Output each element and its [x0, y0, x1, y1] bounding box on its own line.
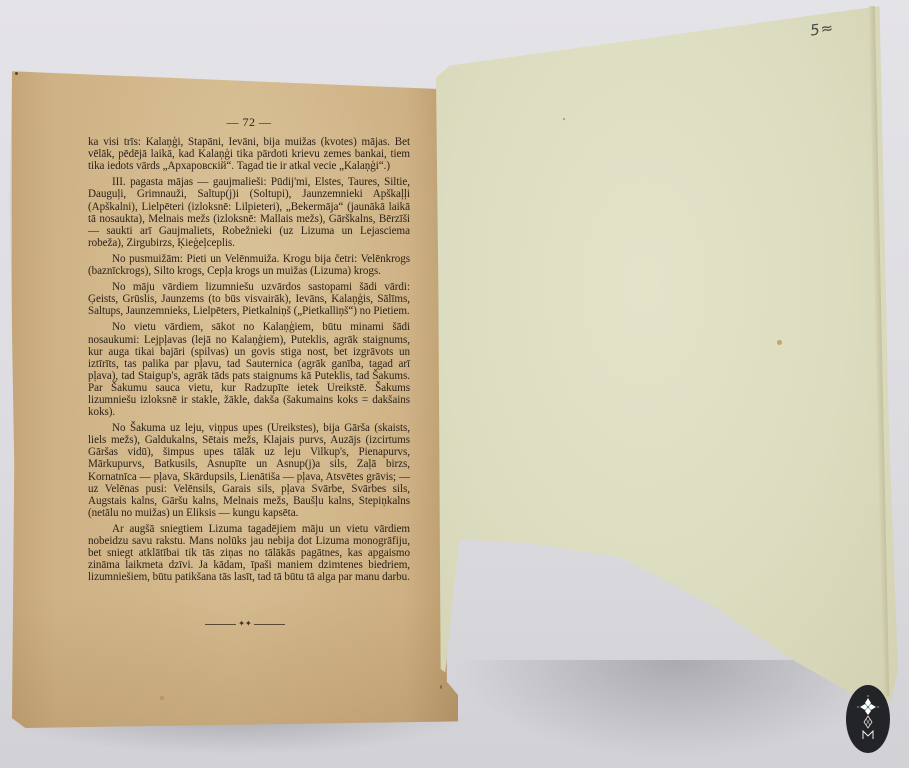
- page-number: — 72 —: [88, 116, 410, 128]
- watermark-badge: [846, 685, 890, 753]
- photo-scene: — 72 — ka visi trīs: Kalaņģi, Stapāni, I…: [0, 0, 909, 768]
- foxing-spot: [15, 72, 18, 75]
- end-ornament: ✦✦: [205, 621, 285, 627]
- foxing-spot: [440, 685, 442, 689]
- left-page-text: — 72 — ka visi trīs: Kalaņģi, Stapāni, I…: [88, 116, 410, 587]
- ornament-rule-right: [254, 624, 285, 625]
- ornament-rule-left: [205, 624, 236, 625]
- ornament-dots: ✦✦: [236, 621, 253, 627]
- foxing-spot: [563, 118, 565, 120]
- paragraph: Ar augšā sniegtiem Lizuma tagadējiem māj…: [88, 523, 410, 583]
- foxing-spot: [160, 696, 164, 700]
- paragraph: III. pagasta mājas — gaujmalieši: Pūdij'…: [88, 176, 410, 249]
- foxing-spot: [777, 340, 782, 345]
- handwritten-pencil-mark: 5≈: [809, 18, 835, 39]
- paragraph: No vietu vārdiem, sākot no Kalaņģiem, bū…: [88, 321, 410, 418]
- paragraph: No māju vārdiem lizumniešu uzvārdos sast…: [88, 281, 410, 317]
- paragraph: No Šakuma uz leju, viņpus upes (Ureikste…: [88, 422, 410, 519]
- paragraph: ka visi trīs: Kalaņģi, Stapāni, Ievāni, …: [88, 136, 410, 172]
- right-page-blank: [436, 4, 898, 704]
- folk-ornament-monogram-icon: [853, 694, 883, 744]
- paragraph: No pusmuižām: Pieti un Velēnmuiža. Krogu…: [88, 253, 410, 277]
